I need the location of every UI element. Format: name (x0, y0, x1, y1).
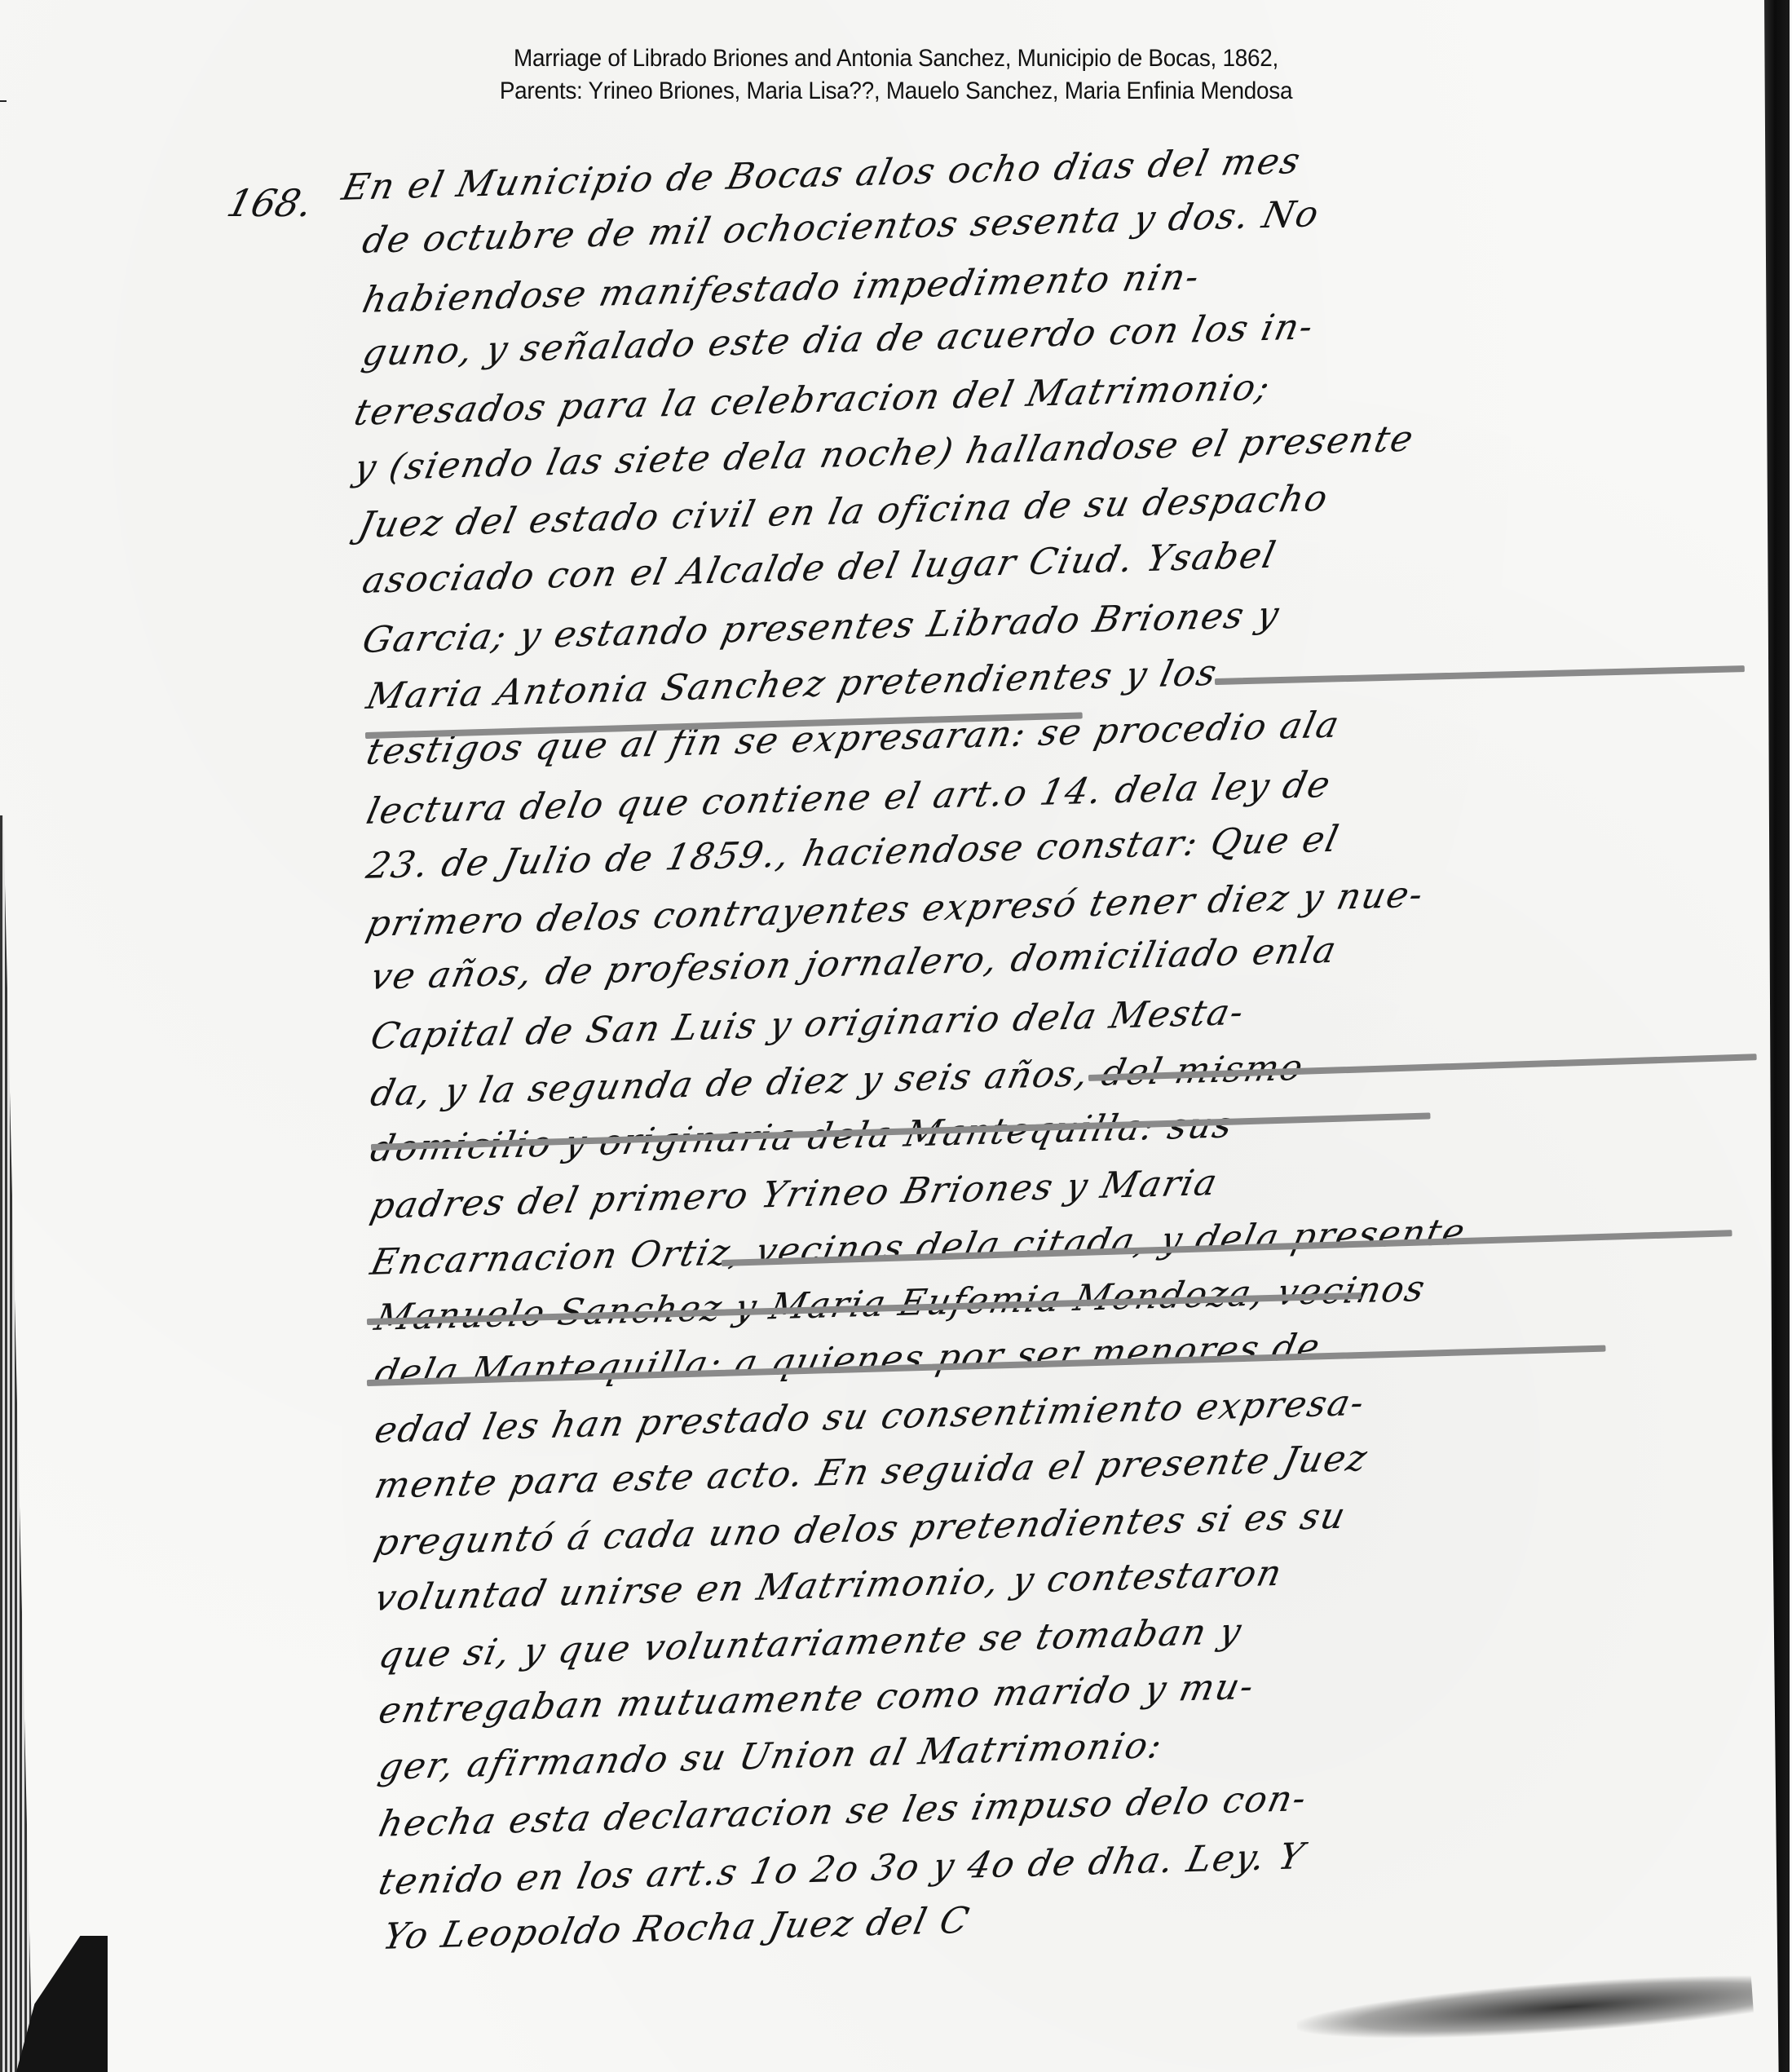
underline-highlight (1215, 665, 1745, 685)
handwritten-line: tenido en los art.s 1o 2o 3o y 4o de dha… (375, 1836, 1309, 1903)
handwritten-line: Juez del estado civil en la oficina de s… (355, 477, 1333, 546)
handwritten-line: asociado con el Alcalde del lugar Ciud. … (359, 534, 1281, 602)
handwritten-line: testigos que al fin se expresaran: se pr… (363, 704, 1344, 773)
handwritten-line: Yo Leopoldo Rocha Juez del C (379, 1900, 974, 1958)
caption: Marriage of Librado Briones and Antonia … (0, 42, 1792, 108)
page-edge-border (1764, 0, 1790, 2072)
entry-number: 168. (223, 181, 317, 225)
handwritten-line: Maria Antonia Sanchez pretendientes y lo… (363, 652, 1221, 718)
handwritten-line: hecha esta declaracion se les impuso del… (375, 1778, 1312, 1845)
handwritten-line: mente para este acto. En seguida el pres… (371, 1438, 1372, 1507)
handwritten-line: Garcia; y estando presentes Librado Brio… (359, 594, 1284, 661)
handwritten-line: habiendose manifestado impedimento nin- (359, 256, 1204, 321)
handwritten-line: preguntó á cada uno delos pretendientes … (371, 1495, 1350, 1564)
handwritten-line: voluntad unirse en Matrimonio, y contest… (371, 1553, 1287, 1619)
handwritten-line: Capital de San Luis y originario dela Me… (367, 992, 1249, 1058)
caption-line-2: Parents: Yrineo Briones, Maria Lisa??, M… (63, 75, 1729, 108)
handwritten-line: 23. de Julio de 1859., haciendose consta… (363, 818, 1344, 887)
handwritten-line: ger, afirmando su Union al Matrimonio: (375, 1725, 1167, 1788)
caption-line-1: Marriage of Librado Briones and Antonia … (63, 42, 1729, 75)
handwritten-line: entregaban mutuamente como marido y mu- (375, 1666, 1259, 1732)
book-binding-edge (0, 815, 33, 2072)
handwritten-line: teresados para la celebracion del Matrim… (351, 366, 1275, 434)
handwritten-line: que si, y que voluntariamente se tomaban… (375, 1610, 1247, 1677)
handwritten-line: padres del primero Yrineo Briones y Mari… (367, 1162, 1222, 1227)
signature-flourish (1295, 1970, 1754, 2051)
handwritten-line: da, y la segunda de diez y seis años, de… (367, 1047, 1308, 1115)
document-scan: Marriage of Librado Briones and Antonia … (0, 0, 1792, 2072)
